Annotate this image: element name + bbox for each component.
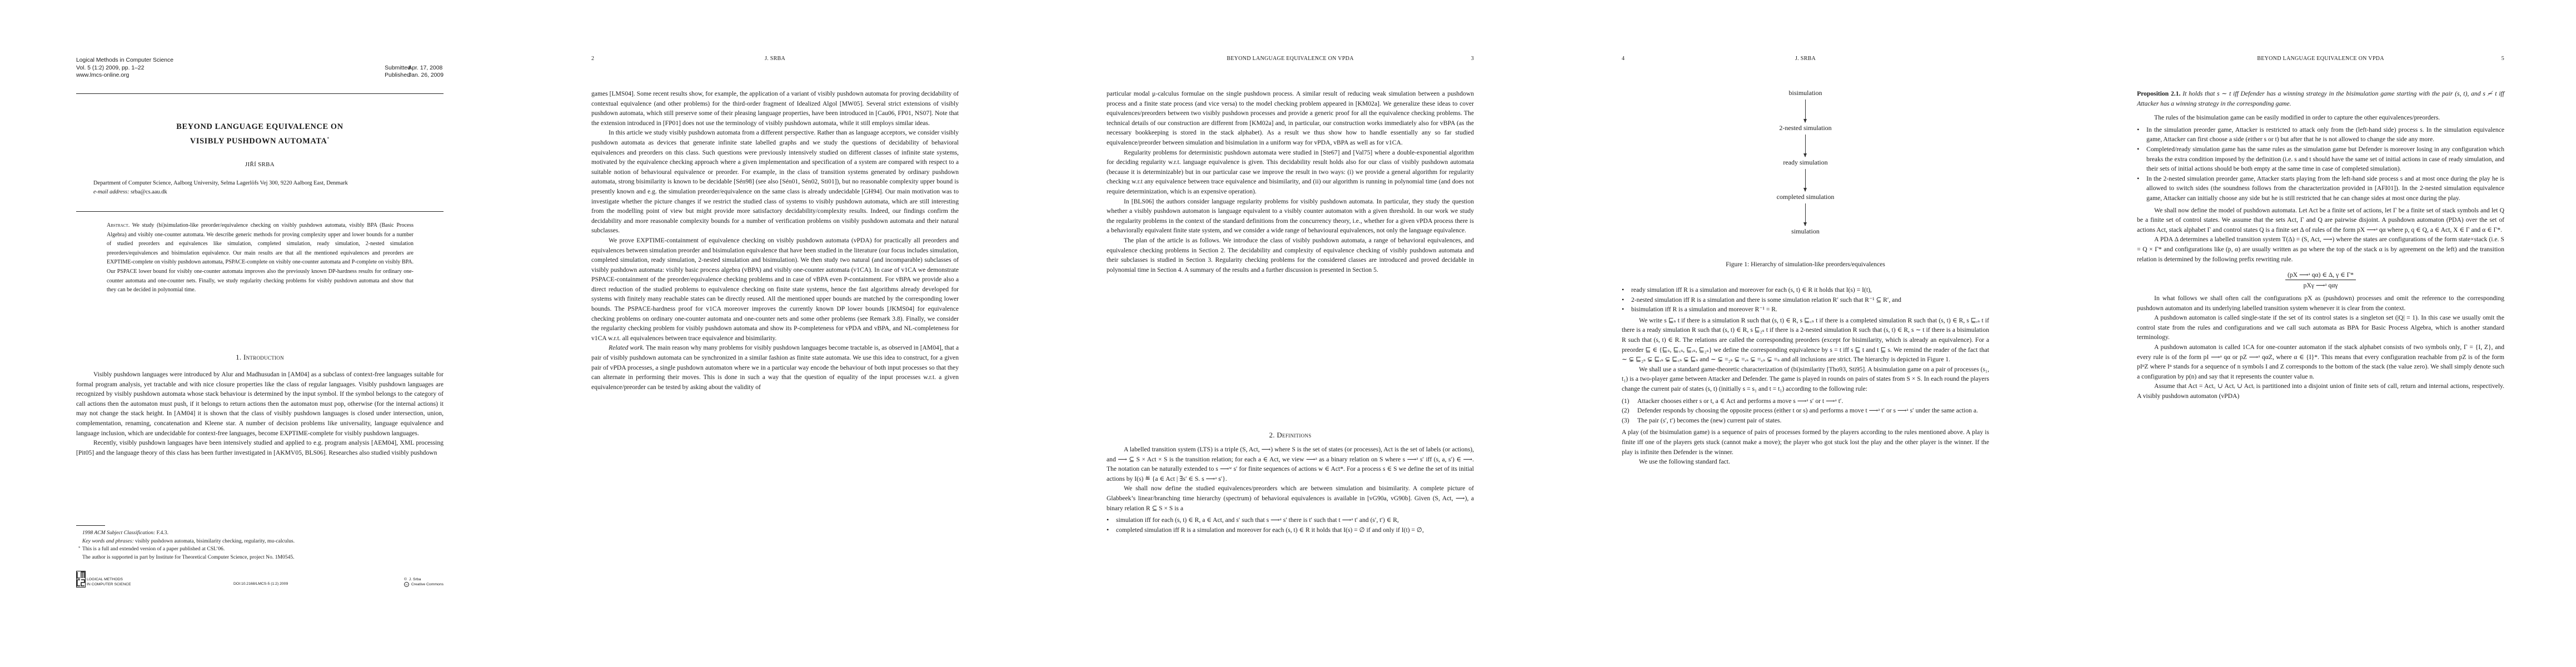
list-item: simulation iff for each (s, t) ∈ R, a ∈ …: [1116, 515, 1474, 525]
intro-body: Visibly pushdown languages were introduc…: [76, 370, 444, 457]
keywords-label: Key words and phrases:: [82, 538, 134, 544]
published-date: Jan. 26, 2009: [408, 72, 444, 78]
running-header: BEYOND LANGUAGE EQUIVALENCE ON VPDA 5: [2137, 56, 2504, 64]
paragraph: We write s ⊑ₛ t if there is a simulation…: [1622, 316, 1989, 365]
diagram-arrow: [1805, 99, 1806, 122]
rule-conclusion: pXγ ⟶ᵃ qαγ: [2285, 280, 2356, 289]
diagram-arrow: [1805, 203, 1806, 226]
section-heading-definitions: 2. Definitions: [1107, 431, 1474, 440]
submitted-date: Apr. 17, 2008: [408, 65, 442, 71]
page-number: 3: [1471, 56, 1474, 62]
page-number: 5: [2502, 56, 2504, 62]
running-header: 4 J. SRBA: [1622, 56, 1989, 64]
page-3: BEYOND LANGUAGE EQUIVALENCE ON VPDA 3 pa…: [1030, 0, 1546, 667]
list-item: 2-nested simulation iff R is a simulatio…: [1631, 295, 1989, 305]
email-label: e-mail address:: [93, 189, 129, 195]
list-item: (1)Attacker chooses either s or t, a ∈ A…: [1637, 396, 1989, 406]
list-item: completed simulation iff R is a simulati…: [1116, 525, 1474, 535]
relation-definitions-list: ready simulation iff R is a simulation a…: [1622, 285, 1989, 315]
abstract-text: We study (bi)simulation-like preorder/eq…: [107, 222, 413, 293]
paragraph: particular modal μ-calculus formulae on …: [1107, 89, 1474, 148]
doi[interactable]: DOI:10.2168/LMCS-5 (1:2) 2009: [233, 582, 288, 586]
diagram-arrow: [1805, 135, 1806, 157]
proposition-2-1: Proposition 2.1. It holds that s ∼ t iff…: [2137, 89, 2504, 108]
game-variants-list: In the simulation preorder game, Attacke…: [2137, 125, 2504, 203]
related-work-text: The main reason why many problems for vi…: [591, 344, 959, 390]
paragraph: We prove EXPTIME-containment of equivale…: [591, 236, 959, 344]
list-item: In the 2-nested simulation preorder game…: [2146, 174, 2504, 203]
submitted-label: Submitted: [385, 64, 407, 72]
running-header: BEYOND LANGUAGE EQUIVALENCE ON VPDA 3: [1107, 56, 1474, 64]
paragraph: games [LMS04]. Some recent results show,…: [591, 89, 959, 128]
keywords-value: visibly pushdown automata, bisimilarity …: [135, 538, 295, 544]
proposition-text: It holds that s ∼ t iff Defender has a w…: [2137, 90, 2504, 107]
title-footnote-mark: *: [327, 136, 330, 141]
page-1: Logical Methods in Computer Science Vol.…: [0, 0, 515, 667]
submission-dates: Submitted Apr. 17, 2008 Published Jan. 2…: [385, 64, 444, 79]
running-header: 2 J. SRBA: [591, 56, 959, 64]
list-item: Completed/ready simulation game has the …: [2146, 145, 2504, 174]
copyright-holder: J. Srba: [409, 578, 421, 581]
diagram-node-bisimulation: bisimulation: [1622, 89, 1989, 97]
rule-premise: (pX ⟶ᵃ qα) ∈ Δ, γ ∈ Γ*: [2285, 271, 2356, 280]
lmcs-logo: LOGICAL METHODS IN COMPUTER SCIENCE: [76, 571, 131, 588]
page-body: ready simulation iff R is a simulation a…: [1622, 285, 1989, 467]
list-item: (2)Defender responds by choosing the opp…: [1637, 406, 1989, 416]
related-work-label: Related work.: [609, 344, 644, 351]
running-title: BEYOND LANGUAGE EQUIVALENCE ON VPDA: [2137, 56, 2504, 62]
title-line-1: BEYOND LANGUAGE EQUIVALENCE ON: [76, 121, 444, 133]
footnotes: 1998 ACM Subject Classification: F.4.3. …: [76, 525, 444, 561]
section-heading-introduction: 1. Introduction: [76, 353, 444, 362]
paragraph: A pushdown automaton is called single-st…: [2137, 313, 2504, 342]
journal-header: Logical Methods in Computer Science Vol.…: [76, 57, 444, 79]
paragraph: A pushdown automaton is called 1CA for o…: [2137, 342, 2504, 381]
diagram-node-ready-simulation: ready simulation: [1622, 158, 1989, 167]
affiliation-block: Department of Computer Science, Aalborg …: [93, 179, 434, 196]
abstract: Abstract. We study (bi)simulation-like p…: [107, 221, 413, 295]
list-item: bisimulation iff R is a simulation and m…: [1631, 305, 1989, 315]
diagram-node-completed-simulation: completed simulation: [1622, 193, 1989, 201]
running-title: BEYOND LANGUAGE EQUIVALENCE ON VPDA: [1107, 56, 1474, 62]
page-4: 4 J. SRBA bisimulation 2-nested simulati…: [1546, 0, 2061, 667]
figure-1-caption: Figure 1: Hierarchy of simulation-like p…: [1622, 261, 1989, 268]
abstract-label: Abstract.: [107, 222, 129, 228]
paper-title: BEYOND LANGUAGE EQUIVALENCE ON VISIBLY P…: [76, 121, 444, 147]
intro-paragraph-2: Recently, visibly pushdown languages hav…: [76, 438, 444, 457]
list-item: (3)The pair (s′, t′) becomes the (new) c…: [1637, 416, 1989, 426]
paragraph: We shall use a standard game-theoretic c…: [1622, 365, 1989, 394]
paragraph: In [BLS06] the authors consider language…: [1107, 197, 1474, 236]
lmcs-logo-icon: [76, 571, 86, 588]
copyright-icon: ©: [404, 578, 407, 581]
logo-text-line-1: LOGICAL METHODS: [87, 578, 131, 582]
page-body: games [LMS04]. Some recent results show,…: [591, 89, 959, 392]
email-address[interactable]: srba@cs.aau.dk: [131, 189, 167, 195]
running-title: J. SRBA: [591, 56, 959, 62]
title-line-2: VISIBLY PUSHDOWN AUTOMATA: [190, 137, 327, 146]
footnote-rule: [76, 525, 105, 526]
related-work-paragraph: Related work. The main reason why many p…: [591, 343, 959, 392]
author-name: JIŘÍ SRBA: [76, 161, 444, 168]
list-item: ready simulation iff R is a simulation a…: [1631, 285, 1989, 295]
header-rule: [76, 93, 444, 94]
intro-paragraph-1: Visibly pushdown languages were introduc…: [76, 370, 444, 438]
paragraph: A PDA Δ determines a labelled transition…: [2137, 235, 2504, 264]
page-footer: LOGICAL METHODS IN COMPUTER SCIENCE DOI:…: [76, 571, 444, 588]
paragraph: Assume that Act = Act꜀ ∪ Actᵣ ∪ Actᵢ is …: [2137, 381, 2504, 401]
acm-label: 1998 ACM Subject Classification:: [82, 530, 155, 536]
diagram-node-2-nested-simulation: 2-nested simulation: [1622, 124, 1989, 132]
prefix-rewriting-rule: (pX ⟶ᵃ qα) ∈ Δ, γ ∈ Γ* pXγ ⟶ᵃ qαγ: [2137, 271, 2504, 290]
proposition-label: Proposition 2.1.: [2137, 90, 2180, 97]
list-item: In the simulation preorder game, Attacke…: [2146, 125, 2504, 145]
page-body: Proposition 2.1. It holds that s ∼ t iff…: [2137, 89, 2504, 401]
diagram-arrow: [1805, 169, 1806, 191]
license-block: © J. Srba cc Creative Commons: [404, 577, 444, 587]
page-body: particular modal μ-calculus formulae on …: [1107, 89, 1474, 275]
running-title: J. SRBA: [1622, 56, 1989, 62]
logo-text-line-2: IN COMPUTER SCIENCE: [87, 583, 131, 587]
paragraph: We shall now define the studied equivale…: [1107, 484, 1474, 513]
definitions-body: A labelled transition system (LTS) is a …: [1107, 445, 1474, 535]
page-5: BEYOND LANGUAGE EQUIVALENCE ON VPDA 5 Pr…: [2061, 0, 2576, 667]
paragraph: A labelled transition system (LTS) is a …: [1107, 445, 1474, 484]
page-2: 2 J. SRBA games [LMS04]. Some recent res…: [515, 0, 1030, 667]
acm-value: F.4.3.: [157, 530, 168, 536]
paragraph: The plan of the article is as follows. W…: [1107, 236, 1474, 275]
published-label: Published: [385, 72, 407, 79]
paragraph: A play (of the bisimulation game) is a s…: [1622, 427, 1989, 457]
figure-1-hierarchy-diagram: bisimulation 2-nested simulation ready s…: [1622, 89, 1989, 256]
paragraph: We use the following standard fact.: [1622, 457, 1989, 467]
footnote-version-note: This is a full and extended version of a…: [82, 546, 225, 552]
game-rules-list: (1)Attacker chooses either s or t, a ∈ A…: [1622, 396, 1989, 426]
paragraph: Regularity problems for deterministic pu…: [1107, 148, 1474, 197]
license-name[interactable]: Creative Commons: [411, 583, 444, 586]
affiliation-rule: [76, 211, 444, 212]
creative-commons-icon: cc: [404, 582, 409, 587]
paragraph: In this article we study visibly pushdow…: [591, 128, 959, 236]
journal-name: Logical Methods in Computer Science: [76, 57, 444, 64]
paragraph: We shall now define the model of pushdow…: [2137, 206, 2504, 235]
relation-definitions-list: simulation iff for each (s, t) ∈ R, a ∈ …: [1107, 515, 1474, 535]
footnote-star: *: [78, 544, 81, 552]
footnote-support-note: The author is supported in part by Insti…: [82, 554, 444, 562]
affiliation: Department of Computer Science, Aalborg …: [93, 179, 434, 188]
paragraph: In what follows we shall often call the …: [2137, 293, 2504, 313]
diagram-node-simulation: simulation: [1622, 227, 1989, 236]
paragraph: The rules of the bisimulation game can b…: [2137, 113, 2504, 123]
